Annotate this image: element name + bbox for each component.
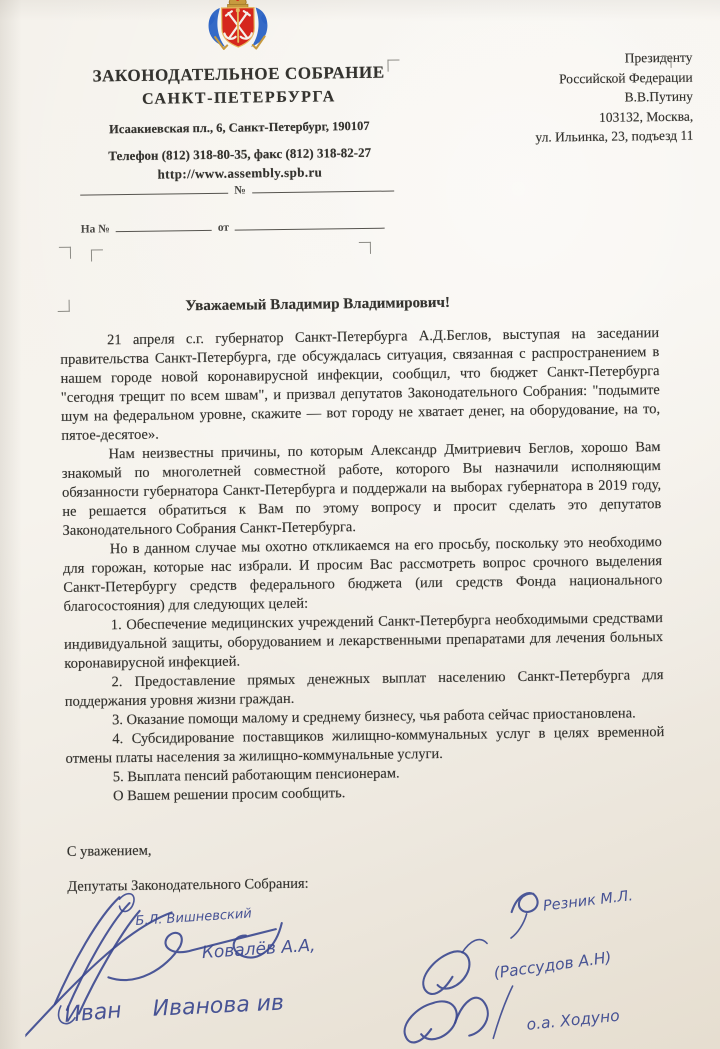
blank-line	[235, 217, 385, 231]
body-paragraph: 21 апреля с.г. губернатор Санкт-Петербур…	[60, 324, 660, 446]
blank-line	[80, 182, 228, 196]
scanned-letter-photo: { "letterhead": { "emblem": "saint-peter…	[0, 0, 720, 1049]
signature-label: Иван	[63, 998, 122, 1028]
crop-mark	[59, 247, 71, 259]
org-name-line1: ЗАКОНОДАТЕЛЬНОЕ СОБРАНИЕ	[43, 62, 435, 87]
signatures-block: Б.Л. Вишневский Ковалёв А.А, Иван Иванов…	[23, 877, 720, 1049]
recipient-line: В.В.Путину	[433, 87, 693, 110]
signature-reznik: Резник М.Л.	[510, 888, 634, 938]
ot-label: от	[212, 222, 235, 234]
org-name-line2: САНКТ-ПЕТЕРБУРГА	[43, 87, 435, 110]
org-address: Исаакиевская пл., 6, Санкт-Петербург, 19…	[43, 118, 435, 138]
body-paragraph: Нам неизвестны причины, по которым Алекс…	[61, 438, 661, 541]
ref-number-row: №	[80, 180, 394, 199]
org-phone: Телефон (812) 318-80-35, факс (812) 318-…	[44, 144, 436, 165]
number-label: №	[228, 184, 252, 196]
ref-reply-row: На №от	[81, 217, 386, 236]
closing: С уважением,	[67, 843, 152, 861]
letterhead: ЗАКОНОДАТЕЛЬНОЕ СОБРАНИЕ САНКТ-ПЕТЕРБУРГ…	[42, 0, 436, 184]
salutation: Уважаемый Владимир Владимирович!	[38, 293, 598, 317]
crop-mark	[387, 59, 399, 71]
na-number-label: На №	[81, 223, 116, 235]
signature-kovalev: Ковалёв А.А,	[108, 923, 317, 981]
signature-label: Ковалёв А.А,	[201, 936, 316, 963]
saint-petersburg-coat-of-arms-icon	[197, 0, 280, 56]
signature-label: (Рассудов А.Н)	[493, 948, 613, 982]
recipient-line: ул. Ильинка, 23, подъезд 11	[433, 126, 693, 149]
signature-rassudov: (Рассудов А.Н)	[423, 938, 613, 994]
signature-ivanova: Иван Иванова ив	[58, 990, 284, 1028]
crop-mark	[359, 242, 371, 254]
letter-body: 21 апреля с.г. губернатор Санкт-Петербур…	[60, 324, 665, 807]
signature-label: Иванова ив	[152, 990, 285, 1021]
body-list-item: 1. Обеспечение медицинских учреждений Са…	[64, 609, 664, 674]
signature-label: Б.Л. Вишневский	[135, 906, 252, 929]
recipient-line: Президенту	[432, 48, 692, 71]
blank-line	[116, 219, 212, 232]
paper-sheet: ЗАКОНОДАТЕЛЬНОЕ СОБРАНИЕ САНКТ-ПЕТЕРБУРГ…	[0, 0, 720, 1049]
body-paragraph: Но в данном случае мы охотно откликаемся…	[63, 533, 663, 617]
signature-label: Резник М.Л.	[542, 888, 634, 915]
crop-mark	[659, 56, 671, 68]
crown-icon	[227, 0, 248, 8]
recipient-block: Президенту Российской Федерации В.В.Пути…	[432, 48, 693, 149]
crop-mark	[91, 249, 103, 261]
blank-line	[252, 180, 394, 194]
signature-vishnevsky: Б.Л. Вишневский	[23, 892, 254, 1048]
signature-label: о.а. Ходуно	[526, 1007, 621, 1034]
